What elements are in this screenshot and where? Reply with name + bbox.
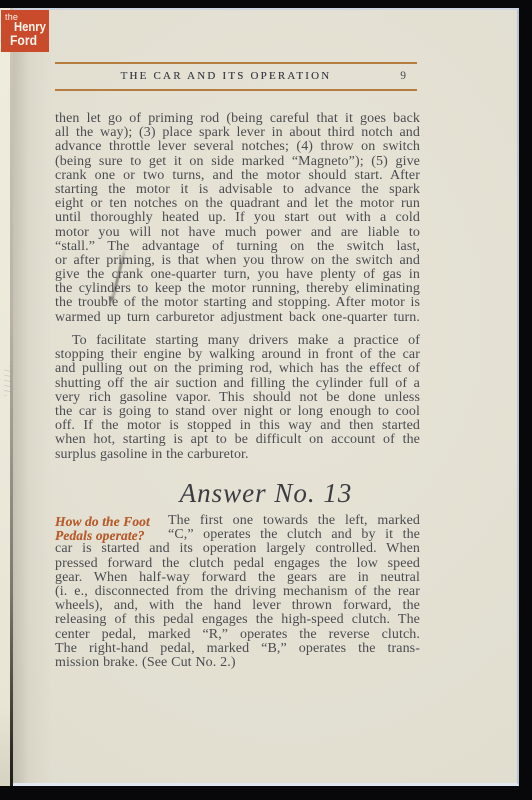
text-line: To facilitate starting many drivers make…	[55, 334, 420, 348]
logo-text-henry: Henry	[14, 21, 46, 34]
text-line: crank one or two turns, and the motor sh…	[55, 169, 420, 183]
text-line: very rich gasoline vapor. This should no…	[55, 391, 420, 405]
text-line: off. If the motor is stopped in this way…	[55, 419, 420, 433]
text-line: releasing of this pedal engages the high…	[55, 613, 420, 627]
text-line: The right-hand pedal, marked “B,” operat…	[55, 642, 420, 656]
header-rule-top	[55, 62, 417, 64]
text-line: all the way); (3) place spark lever in a…	[55, 126, 420, 140]
text-line: starting the motor it is advisable to ad…	[55, 183, 420, 197]
question-line-1: How do the Foot	[55, 515, 167, 529]
question-line-2: Pedals operate?	[55, 529, 167, 543]
page-number: 9	[400, 70, 406, 82]
text-line: wheels), and, with the hand lever thrown…	[55, 599, 420, 613]
paragraph-starting-practice: To facilitate starting many drivers make…	[55, 334, 420, 462]
text-line: pressed forward the clutch pedal engages…	[55, 557, 420, 571]
text-line: warmed up turn carburetor adjustment bac…	[55, 311, 420, 325]
paragraph-continuation: then let go of priming rod (being carefu…	[55, 112, 420, 325]
text-line: shutting off the air suction and filling…	[55, 377, 420, 391]
text-line: (being sure to get it on side marked “Ma…	[55, 155, 420, 169]
text-line: stopping their engine by walking around …	[55, 348, 420, 362]
text-line: advance throttle lever several notches; …	[55, 140, 420, 154]
scanned-book-page-view: the Henry Ford THE CAR AND ITS OPERATION…	[0, 0, 532, 800]
text-line: motor you will not have much power and a…	[55, 226, 420, 240]
text-line: center pedal, marked “R,” operates the r…	[55, 628, 420, 642]
text-line: (i. e., disconnected from the driving me…	[55, 585, 420, 599]
text-line: surplus gasoline in the carburetor.	[55, 448, 420, 462]
text-line: and pulling out on the priming rod, whic…	[55, 362, 420, 376]
logo-text-ford: Ford	[10, 34, 37, 48]
text-line: eight or ten notches on the quadrant and…	[55, 197, 420, 211]
running-header: THE CAR AND ITS OPERATION 9	[55, 62, 417, 91]
text-line: then let go of priming rod (being carefu…	[55, 112, 420, 126]
text-line: the cylinders to keep the motor running,…	[55, 282, 420, 296]
question-side-heading: How do the Foot Pedals operate?	[55, 515, 167, 543]
text-line: until thoroughly heated up. If you start…	[55, 211, 420, 225]
header-row: THE CAR AND ITS OPERATION 9	[55, 66, 417, 88]
answer-section: How do the Foot Pedals operate? The firs…	[55, 514, 420, 670]
answer-heading: Answer No. 13	[0, 478, 532, 509]
text-line: the car is going to stand over night or …	[55, 405, 420, 419]
running-header-title: THE CAR AND ITS OPERATION	[55, 70, 397, 82]
header-rule-bottom	[55, 89, 417, 91]
text-line: when hot, starting is apt to be difficul…	[55, 433, 420, 447]
text-line: car is started and its operation largely…	[55, 542, 420, 556]
text-line: “stall.” The advantage of turning on the…	[55, 240, 420, 254]
text-line: or after priming, is that when you throw…	[55, 254, 420, 268]
text-line: gear. When half-way forward the gears ar…	[55, 571, 420, 585]
pencil-mark-artifact	[4, 366, 11, 396]
henry-ford-logo: the Henry Ford	[1, 10, 49, 52]
text-line: mission brake. (See Cut No. 2.)	[55, 656, 420, 670]
text-line: give the crank one-quarter turn, you hav…	[55, 268, 420, 282]
